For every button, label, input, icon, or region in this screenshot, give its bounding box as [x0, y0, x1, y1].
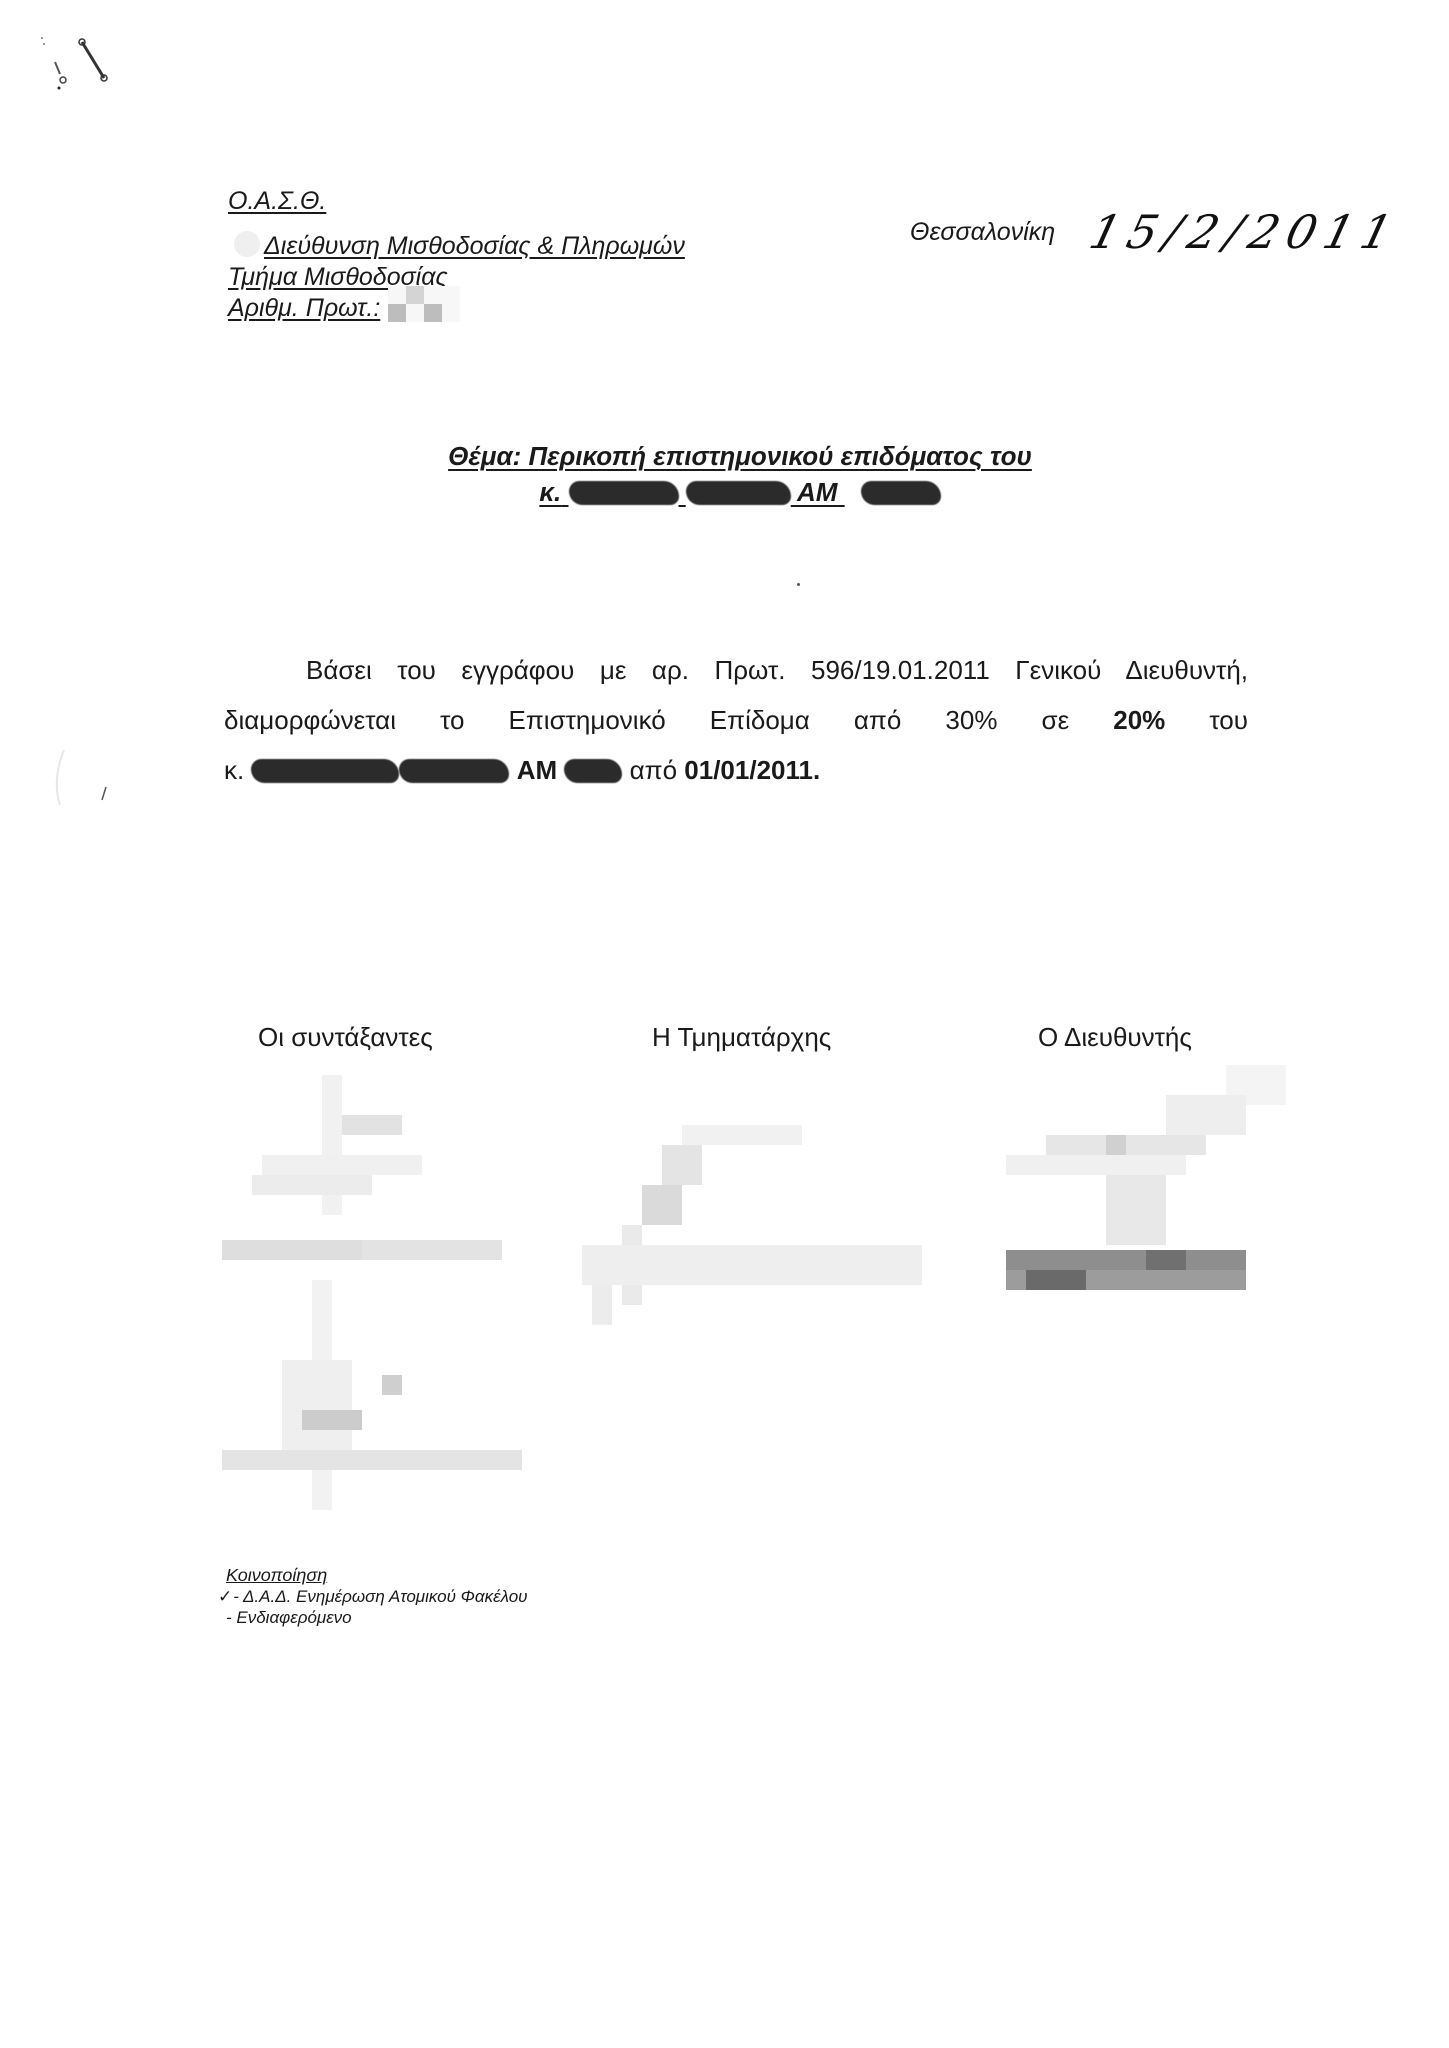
place-date: Θεσσαλονίκη 15/2/2011	[910, 205, 1399, 259]
redaction-blot	[569, 481, 679, 505]
signature-title-director: Ο Διευθυντής	[1038, 1022, 1192, 1053]
subject-heading: Θέμα: Περικοπή επιστημονικού επιδόματος …	[400, 438, 1080, 510]
cc-title: Κοινοποίηση	[226, 1565, 528, 1586]
stamp-ghost-icon	[234, 231, 260, 257]
body-line-2: διαμορφώνεται το Επιστημονικό Επίδομα απ…	[224, 695, 1248, 745]
redaction-blot	[399, 759, 509, 783]
letterhead: Ο.Α.Σ.Θ. Διεύθυνση Μισθοδοσίας & Πληρωμώ…	[228, 186, 685, 324]
cc-item: - Ενδιαφερόμενο	[226, 1607, 528, 1628]
cc-item: ✓- Δ.Α.Δ. Ενημέρωση Ατομικού Φακέλου	[226, 1586, 528, 1607]
signature-title-head: Η Τμηματάρχης	[652, 1022, 831, 1053]
protocol-number: Αριθμ. Πρωτ.:	[228, 293, 685, 324]
effective-date: 01/01/2011.	[684, 755, 820, 785]
redaction-blot	[861, 481, 941, 505]
redaction-blot	[251, 759, 399, 783]
place-name: Θεσσαλονίκη	[910, 218, 1055, 247]
signature-title-authors: Οι συντάξαντες	[258, 1022, 433, 1053]
scan-artifact-marks	[40, 30, 120, 110]
redacted-protocol-value	[388, 286, 460, 322]
redaction-blot	[564, 759, 622, 783]
letter-body: Βάσει του εγγράφου με αρ. Πρωτ. 596/19.0…	[224, 645, 1248, 795]
body-line-3: κ. ΑΜ από 01/01/2011.	[224, 745, 1248, 795]
subject-line-1: Θέμα: Περικοπή επιστημονικού επιδόματος …	[400, 438, 1080, 474]
scan-speck	[797, 583, 800, 586]
new-rate: 20%	[1113, 695, 1165, 745]
organization-name: Ο.Α.Σ.Θ.	[228, 186, 685, 217]
redaction-blot	[686, 481, 791, 505]
body-line-1: Βάσει του εγγράφου με αρ. Πρωτ. 596/19.0…	[224, 645, 1248, 695]
scan-artifact-margin	[50, 745, 120, 820]
subject-line-2: κ. ΑΜ	[400, 474, 1080, 510]
directorate-name: Διεύθυνση Μισθοδοσίας & Πληρωμών	[228, 231, 685, 262]
check-mark-icon: ✓	[218, 1587, 232, 1606]
handwritten-date: 15/2/2011	[1084, 205, 1405, 259]
cc-block: Κοινοποίηση ✓- Δ.Α.Δ. Ενημέρωση Ατομικού…	[226, 1565, 528, 1628]
